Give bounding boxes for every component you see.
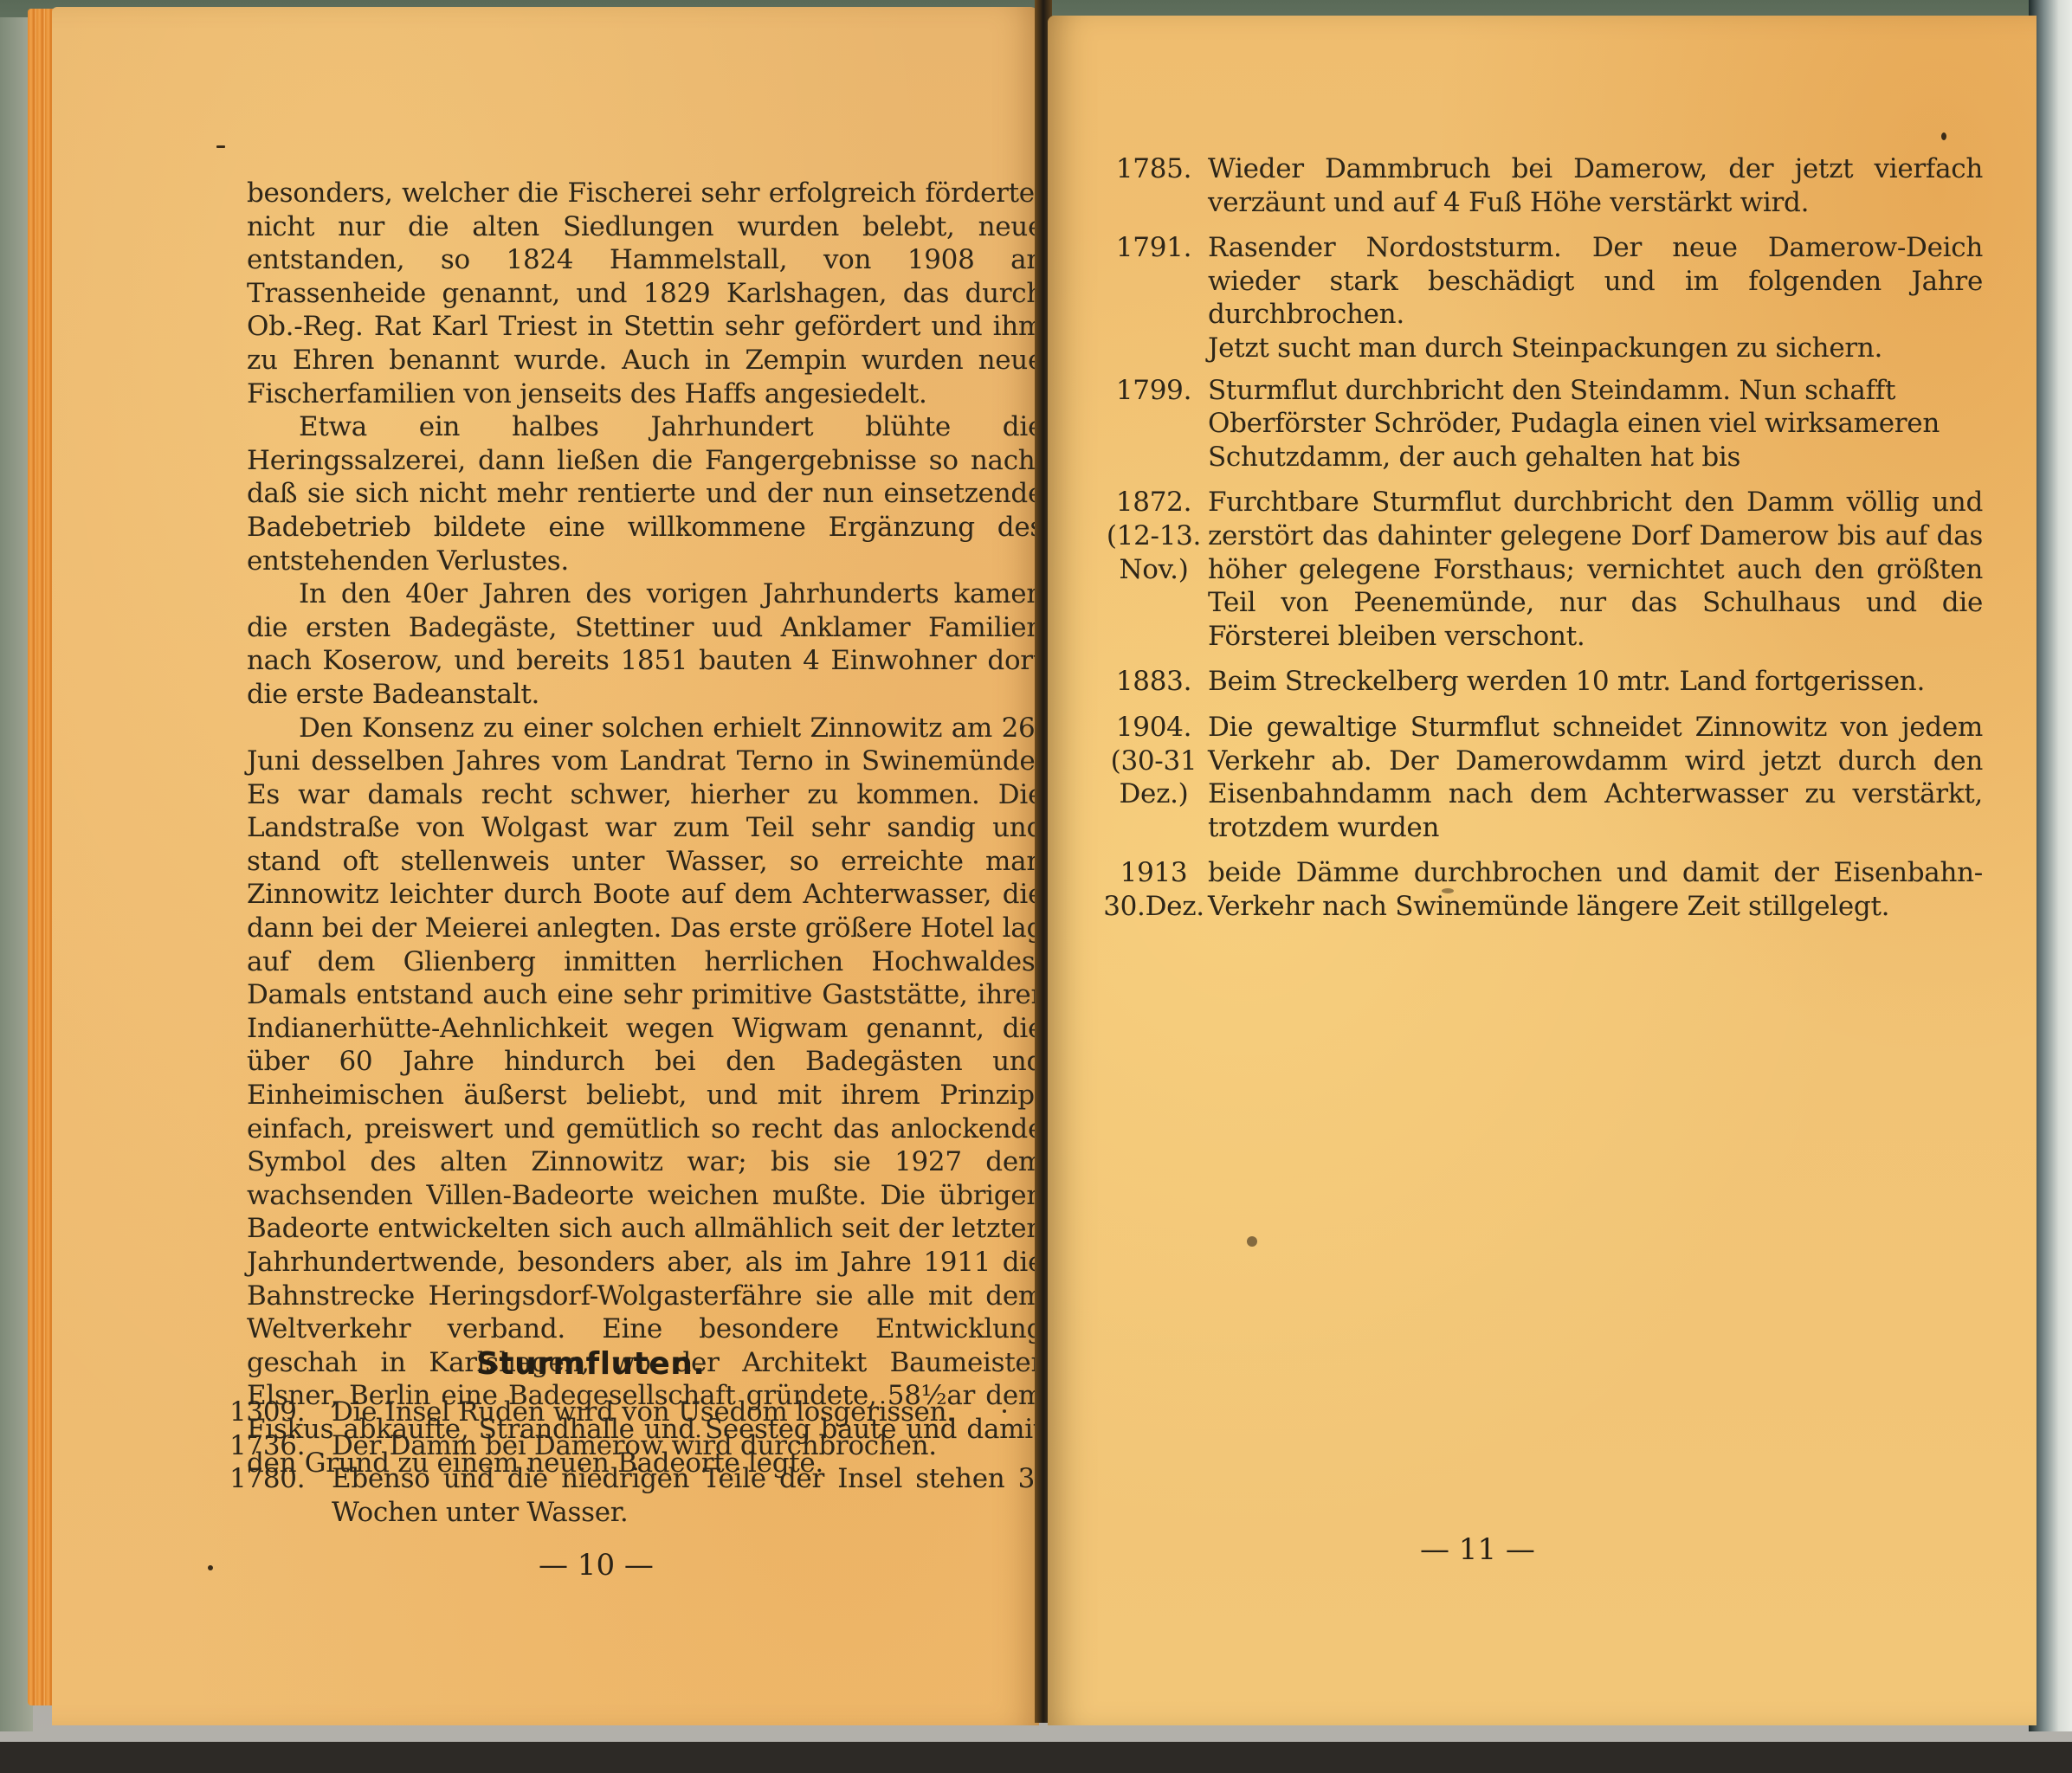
paragraph: besonders, welcher die Fischerei sehr er… xyxy=(247,177,1039,410)
timeline-year: 1883. xyxy=(1100,665,1208,699)
left-page-body: besonders, welcher die Fischerei sehr er… xyxy=(247,177,1039,1480)
timeline-text: beide Dämme durchbrochen und damit der E… xyxy=(1208,856,1983,923)
section-heading: Sturmfluten. xyxy=(476,1346,706,1382)
timeline-text: Die Insel Ruden wird von Usedom losgeris… xyxy=(332,1396,1035,1429)
timeline-text: Sturmflut durchbricht den Steindamm. Nun… xyxy=(1208,374,1983,474)
timeline-year: 1872. (12-13. Nov.) xyxy=(1100,486,1208,586)
timeline-text: Wieder Dammbruch bei Damerow, der jetzt … xyxy=(1208,152,1983,219)
timeline-entry: 1785. Wieder Dammbruch bei Damerow, der … xyxy=(1100,152,1983,219)
timeline-entry: 1883. Beim Streckelberg werden 10 mtr. L… xyxy=(1100,665,1983,699)
timeline-year: 1780. xyxy=(229,1462,332,1496)
timeline-year: 1904. (30-31 Dez.) xyxy=(1100,711,1208,811)
timeline-entry: 1791. Rasender Nordoststurm. Der neue Da… xyxy=(1100,231,1983,364)
paragraph: Etwa ein halbes Jahrhundert blühte die H… xyxy=(247,410,1039,577)
timeline-entry: 1913 30.Dez. beide Dämme durchbrochen un… xyxy=(1100,856,1983,923)
timeline-text: Der Damm bei Damerow wird durchbrochen. xyxy=(332,1429,1035,1463)
paragraph: In den 40er Jahren des vorigen Jahrhunde… xyxy=(247,577,1039,711)
timeline-entry: 1736. Der Damm bei Damerow wird durchbro… xyxy=(229,1429,1035,1463)
paper-speck xyxy=(208,1565,213,1570)
timeline-year: 1799. xyxy=(1100,374,1208,408)
timeline-text: Rasender Nordoststurm. Der neue Damerow-… xyxy=(1208,231,1983,332)
storm-flood-timeline-continued: 1785. Wieder Dammbruch bei Damerow, der … xyxy=(1100,152,1983,935)
timeline-entry: 1872. (12-13. Nov.) Furchtbare Sturmflut… xyxy=(1100,486,1983,653)
storm-flood-timeline: 1309. Die Insel Ruden wird von Usedom lo… xyxy=(229,1396,1035,1529)
timeline-text: Ebenso und die niedrigen Teile der Insel… xyxy=(332,1462,1035,1529)
timeline-year: 1791. xyxy=(1100,231,1208,265)
timeline-entry: 1799. Sturmflut durchbricht den Steindam… xyxy=(1100,374,1983,474)
timeline-year: 1736. xyxy=(229,1429,332,1463)
paper-speck xyxy=(1247,1236,1257,1247)
timeline-text-group: Rasender Nordoststurm. Der neue Damerow-… xyxy=(1208,231,1983,364)
paper-speck xyxy=(1003,1409,1006,1413)
paper-speck xyxy=(1941,132,1946,140)
paper-speck xyxy=(1442,888,1454,893)
scan-background-bottom xyxy=(0,1742,2072,1773)
timeline-entry: 1904. (30-31 Dez.) Die gewaltige Sturmfl… xyxy=(1100,711,1983,844)
timeline-text-continuation: Jetzt sucht man durch Steinpackungen zu … xyxy=(1208,332,1983,365)
timeline-text: Die gewaltige Sturmflut schneidet Zinnow… xyxy=(1208,711,1983,844)
timeline-text: Furchtbare Sturmflut durchbricht den Dam… xyxy=(1208,486,1983,653)
timeline-entry: 1780. Ebenso und die niedrigen Teile der… xyxy=(229,1462,1035,1529)
timeline-entry: 1309. Die Insel Ruden wird von Usedom lo… xyxy=(229,1396,1035,1429)
left-page: besonders, welcher die Fischerei sehr er… xyxy=(52,7,1039,1725)
page-number: — 11 — xyxy=(1420,1532,1535,1567)
timeline-year: 1913 30.Dez. xyxy=(1100,856,1208,923)
page-number: — 10 — xyxy=(539,1548,654,1583)
timeline-year: 1309. xyxy=(229,1396,332,1429)
page-stack-edge xyxy=(28,9,54,1705)
timeline-text: Beim Streckelberg werden 10 mtr. Land fo… xyxy=(1208,665,1983,699)
paper-speck xyxy=(216,145,225,148)
timeline-year: 1785. xyxy=(1100,152,1208,186)
right-page: 1785. Wieder Dammbruch bei Damerow, der … xyxy=(1048,16,2036,1725)
